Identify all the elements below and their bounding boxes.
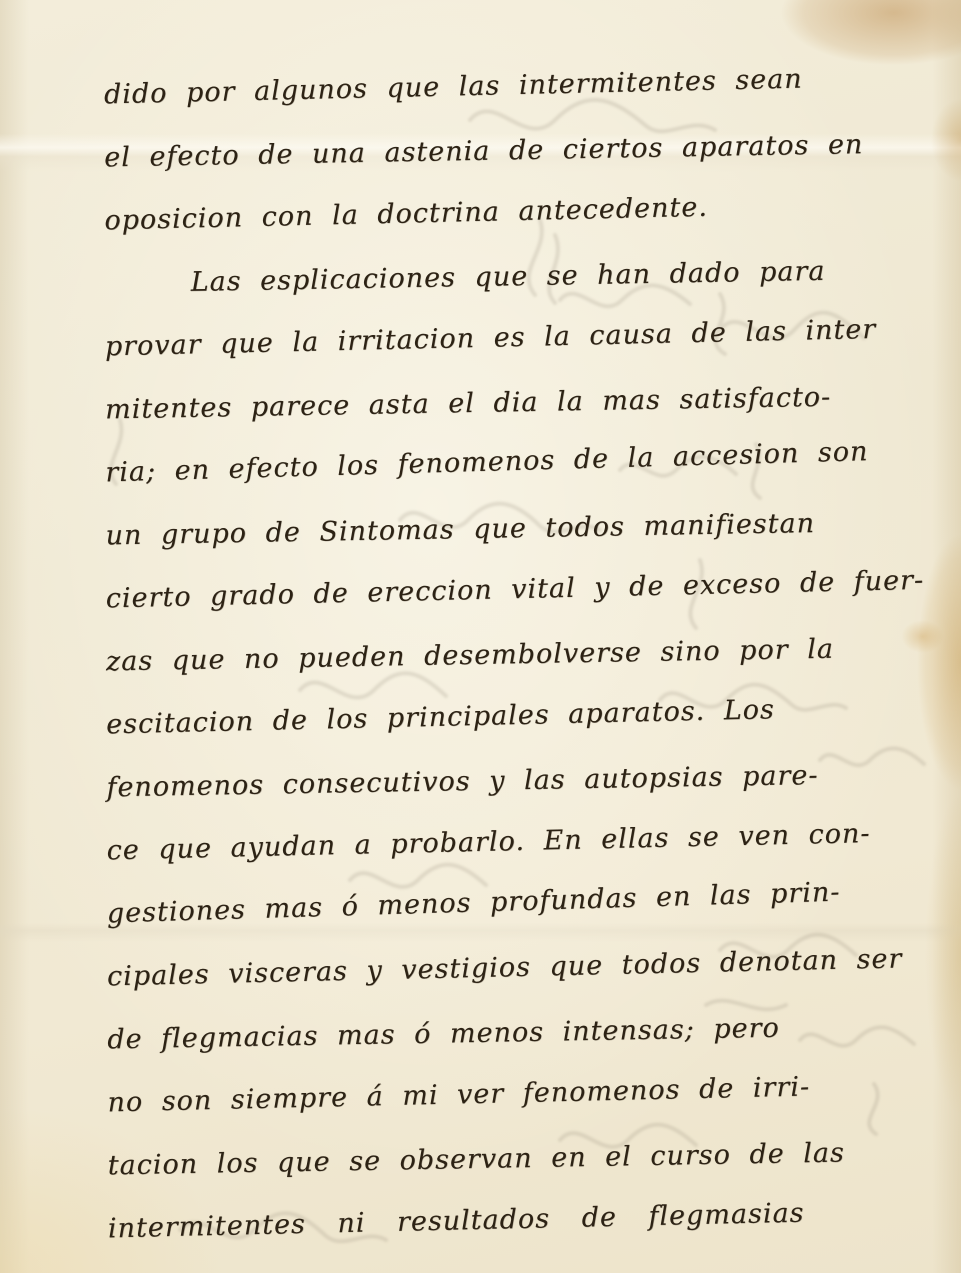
manuscript-page: dido por algunos que las intermitentes s… [0, 0, 961, 1273]
manuscript-text-block: dido por algunos que las intermitentes s… [104, 61, 923, 1261]
